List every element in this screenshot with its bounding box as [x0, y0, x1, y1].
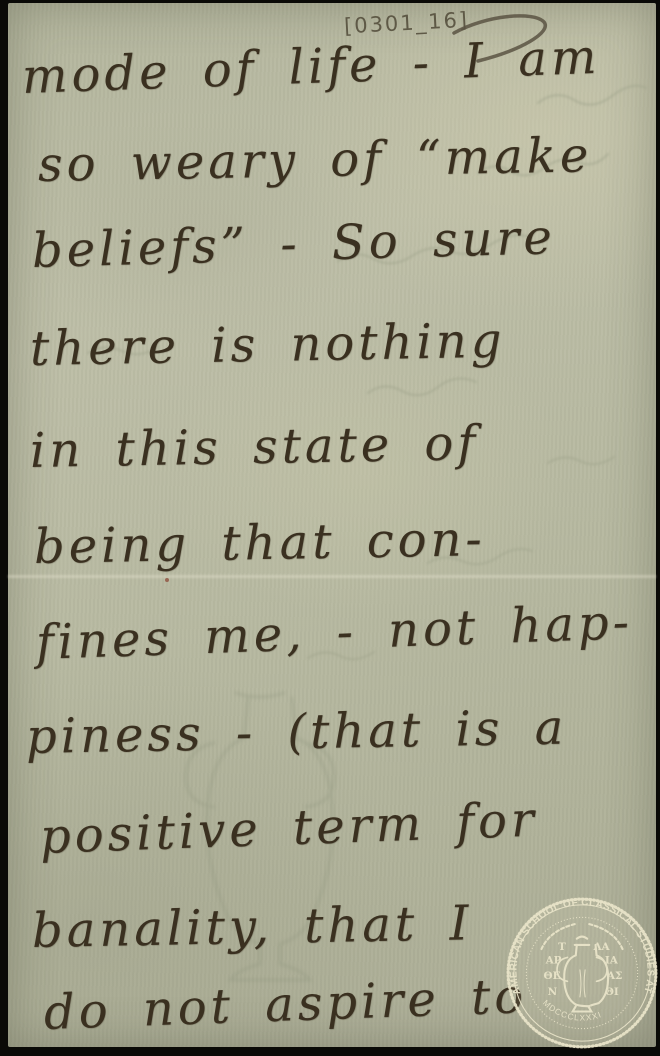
seal-greek-letter: Τ	[558, 941, 566, 953]
seal-greek-letter: ΙΑ	[605, 955, 619, 967]
handwriting-line-7: fines me, - not hap-	[35, 594, 634, 671]
seal-greek-letter: Ν	[548, 986, 558, 998]
letter-paper: [0301_16] mode of life - I am so weary o…	[8, 3, 656, 1047]
seal-greek-letter: ΑΣ	[606, 970, 622, 982]
seal-greek-letter: ΘΕ	[544, 970, 561, 982]
handwriting-line-11: do not aspire to	[43, 968, 528, 1041]
handwriting-line-2: so weary of “make	[38, 127, 593, 193]
seal-greek-letter: ΛΑ	[592, 941, 610, 953]
ink-speck	[165, 578, 169, 582]
handwriting-line-3: beliefs” - So sure	[31, 209, 556, 279]
fold-crease	[8, 575, 656, 578]
seal-greek-letter: ΑΡ	[545, 955, 562, 967]
handwriting-line-9: positive term for	[39, 792, 539, 865]
handwriting-line-4: there is nothing	[30, 313, 506, 377]
embossed-seal-stamp: AMERICAN SCHOOL OF CLASSICAL STUDIES AT …	[504, 895, 660, 1051]
handwriting-line-5: in this state of	[30, 415, 480, 479]
handwriting-line-10: banality, that I	[32, 895, 473, 959]
scanned-letter: { "annotation": { "code": "[0301_16]" },…	[0, 0, 660, 1056]
handwriting-line-8: piness - (that is a	[26, 700, 568, 765]
handwriting-line-1: mode of life - I am	[21, 29, 601, 105]
handwriting-line-6: being that con-	[34, 511, 487, 575]
seal-greek-letter: ΘΙ	[605, 986, 619, 998]
